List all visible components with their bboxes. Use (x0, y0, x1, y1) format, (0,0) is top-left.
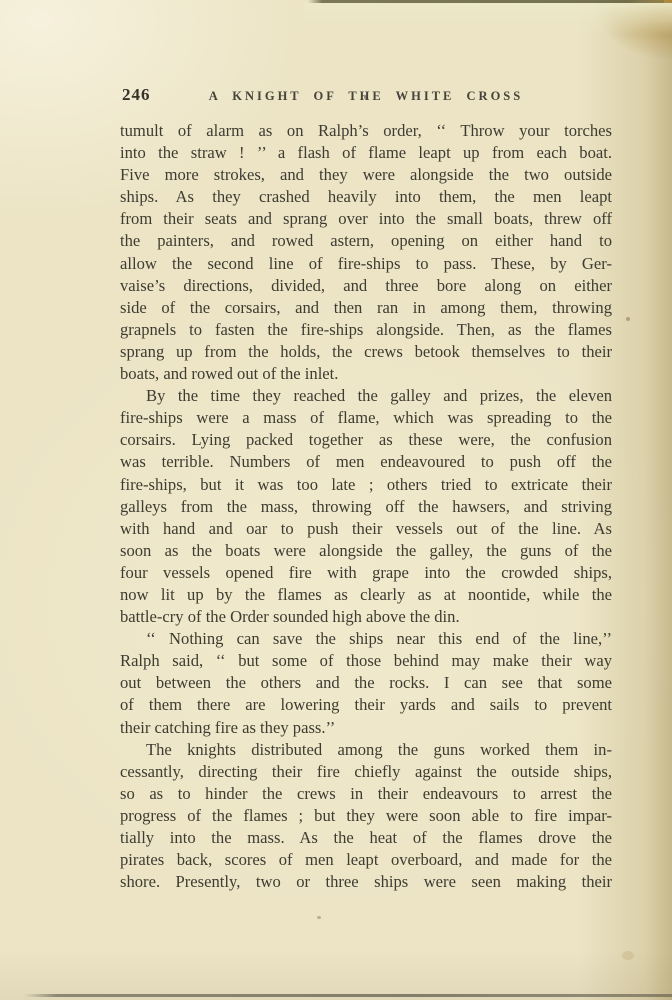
text-line: from their seats and sprang over into th… (120, 208, 612, 230)
paper-smudge (622, 951, 634, 960)
text-line: battle-cry of the Order sounded high abo… (120, 606, 612, 628)
text-line: ships. As they crashed heavily into them… (120, 186, 612, 208)
text-line: was terrible. Numbers of men endeavoured… (120, 451, 612, 473)
text-line: into the straw ! ’’ a flash of flame lea… (120, 142, 612, 164)
text-line: cessantly, directing their fire chiefly … (120, 761, 612, 783)
text-line: By the time they reached the galley and … (120, 385, 612, 407)
text-line: out between the others and the rocks. I … (120, 672, 612, 694)
text-line: Five more strokes, and they were alongsi… (120, 164, 612, 186)
text-line: boats, and rowed out of the inlet. (120, 363, 612, 385)
text-line: their catching fire as they pass.’’ (120, 717, 612, 739)
text-line: side of the corsairs, and then ran in am… (120, 297, 612, 319)
text-line: tially into the mass. As the heat of the… (120, 827, 612, 849)
text-line: grapnels to fasten the fire-ships alongs… (120, 319, 612, 341)
text-line: sprang up from the holds, the crews beto… (120, 341, 612, 363)
text-line: ‘‘ Nothing can save the ships near this … (120, 628, 612, 650)
text-line: fire-ships were a mass of flame, which w… (120, 407, 612, 429)
text-line: Ralph said, ‘‘ but some of those behind … (120, 650, 612, 672)
text-line: The knights distributed among the guns w… (120, 739, 612, 761)
text-line: soon as the boats were alongside the gal… (120, 540, 612, 562)
running-title: A KNIGHT OF THE WHITE CROSS (120, 89, 612, 104)
paper-speck (626, 317, 630, 321)
scan-bottom-edge-shadow (24, 994, 672, 997)
text-line: the painters, and rowed astern, opening … (120, 230, 612, 252)
text-line: of them there are lowering their yards a… (120, 694, 612, 716)
text-line: vaise’s directions, divided, and three b… (120, 275, 612, 297)
page-body-text: tumult of alarm as on Ralph’s order, ‘‘ … (120, 120, 612, 893)
text-line: tumult of alarm as on Ralph’s order, ‘‘ … (120, 120, 612, 142)
text-line: corsairs. Lying packed together as these… (120, 429, 612, 451)
scan-top-glare (304, 3, 672, 35)
text-line: so as to hinder the crews in their endea… (120, 783, 612, 805)
text-line: four vessels opened fire with grape into… (120, 562, 612, 584)
text-line: pirates back, scores of men leapt overbo… (120, 849, 612, 871)
text-line: progress of the flames ; but they were s… (120, 805, 612, 827)
text-line: now lit up by the flames as clearly as a… (120, 584, 612, 606)
paper-speck (317, 916, 321, 919)
text-line: fire-ships, but it was too late ; others… (120, 474, 612, 496)
text-line: galleys from the mass, throwing off the … (120, 496, 612, 518)
text-line: shore. Presently, two or three ships wer… (120, 871, 612, 893)
text-line: with hand and oar to push their vessels … (120, 518, 612, 540)
page-header: 246 A KNIGHT OF THE WHITE CROSS (120, 85, 612, 105)
text-line: allow the second line of fire-ships to p… (120, 253, 612, 275)
